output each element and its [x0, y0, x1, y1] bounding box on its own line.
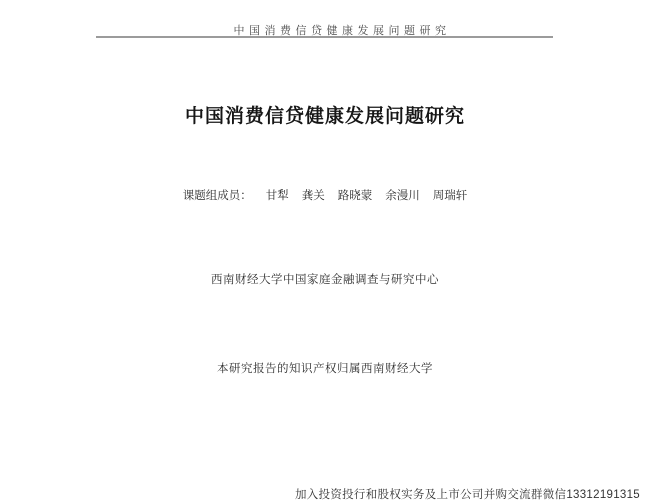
- header-rule: [96, 36, 553, 38]
- document-title: 中国消费信贷健康发展问题研究: [0, 101, 650, 128]
- member-name: 余漫川: [385, 187, 420, 203]
- footer-promo-text: 加入投资投行和股权实务及上市公司并购交流群微信13312191315: [295, 486, 640, 500]
- member-name: 甘犁: [266, 187, 289, 203]
- member-name: 周瑞轩: [433, 187, 468, 203]
- team-members-label: 课题组成员：: [183, 187, 252, 203]
- member-name: 龚关: [302, 187, 325, 203]
- document-page: 中国消费信贷健康发展问题研究 中国消费信贷健康发展问题研究 课题组成员： 甘犁 …: [0, 0, 650, 500]
- institution-line: 西南财经大学中国家庭金融调查与研究中心: [0, 271, 650, 287]
- copyright-notice: 本研究报告的知识产权归属西南财经大学: [0, 360, 650, 376]
- member-name: 路晓蒙: [338, 187, 373, 203]
- team-members-row: 课题组成员： 甘犁 龚关 路晓蒙 余漫川 周瑞轩: [0, 187, 650, 203]
